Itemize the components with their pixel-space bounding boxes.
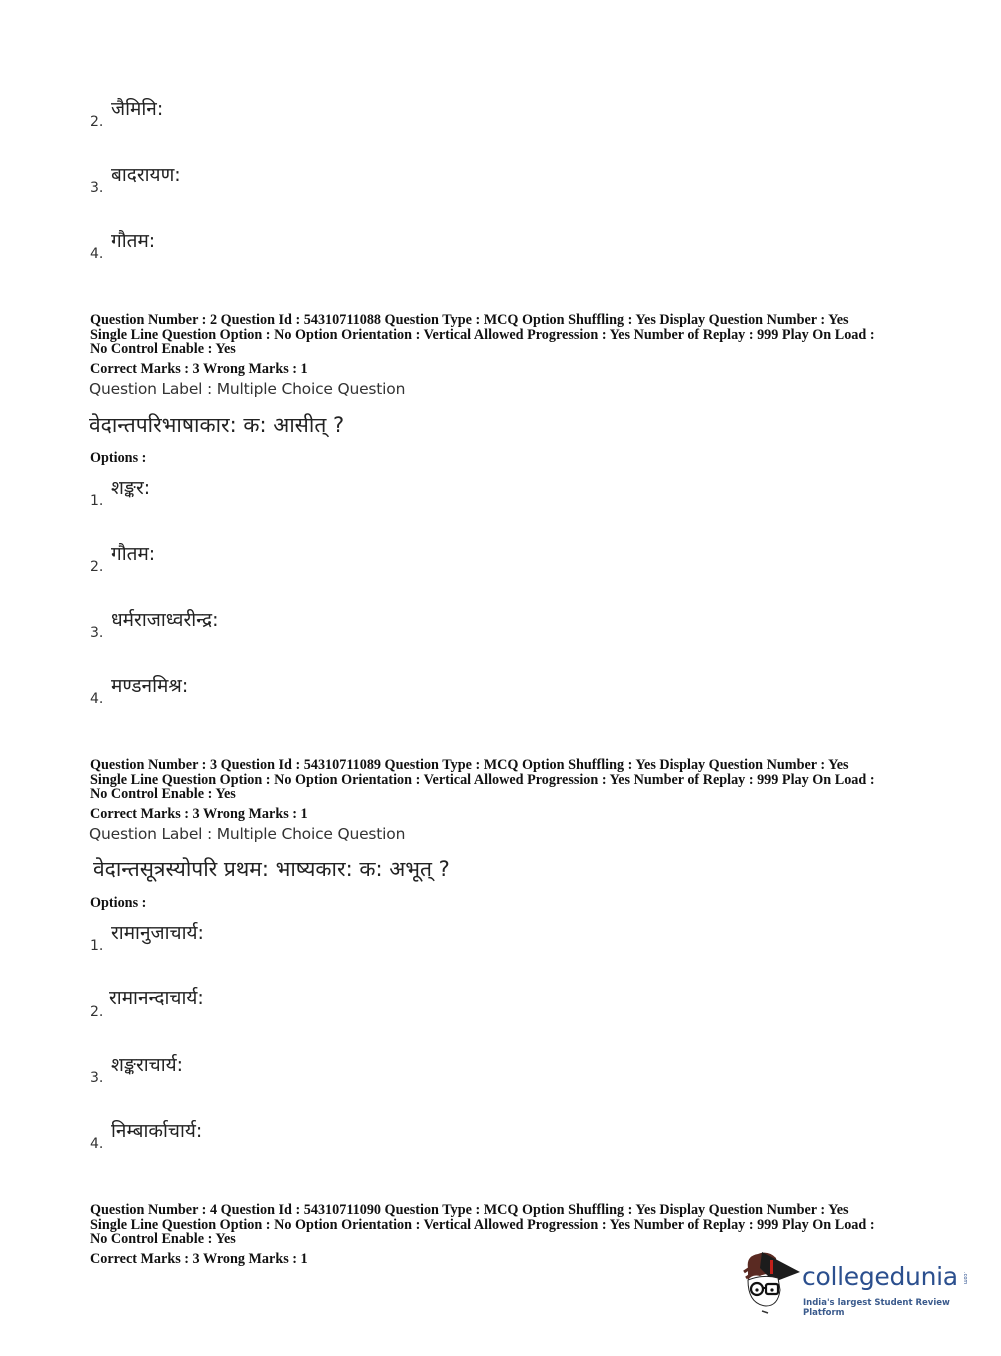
metadata-line: Single Line Question Option : No Option … [90, 773, 875, 788]
question-label: Question Label : Multiple Choice Questio… [89, 380, 405, 398]
metadata-line: Single Line Question Option : No Option … [90, 328, 875, 343]
option-text: मण्डनमिश्र: [111, 672, 188, 698]
option-text: जैमिनि: [111, 95, 163, 121]
option-number: 3. [90, 180, 103, 196]
option-number: 2. [90, 114, 103, 130]
option-text: धर्मराजाध्वरीन्द्र: [111, 606, 219, 632]
question-text: वेदान्तसूत्रस्योपरि प्रथम: भाष्यकार: क: … [93, 855, 450, 883]
option-text: बादरायण: [111, 161, 181, 187]
option-text: शङ्कर: [111, 474, 150, 500]
option-number: 2. [90, 1004, 103, 1020]
marks-info: Correct Marks : 3 Wrong Marks : 1 [90, 361, 308, 378]
brand-name: collegedunia [802, 1262, 958, 1291]
options-header: Options : [90, 450, 146, 467]
option-number: 2. [90, 559, 103, 575]
option-text: गौतम: [111, 540, 155, 566]
marks-info: Correct Marks : 3 Wrong Marks : 1 [90, 1251, 308, 1268]
metadata-line: Question Number : 4 Question Id : 543107… [90, 1203, 875, 1218]
question-metadata: Question Number : 3 Question Id : 543107… [90, 758, 875, 802]
question-metadata: Question Number : 4 Question Id : 543107… [90, 1203, 875, 1247]
metadata-line: Question Number : 3 Question Id : 543107… [90, 758, 875, 773]
brand-domain: .com [962, 1272, 968, 1284]
metadata-line: No Control Enable : Yes [90, 342, 875, 357]
option-number: 4. [90, 691, 103, 707]
option-text: रामानन्दाचार्य: [109, 984, 204, 1010]
option-number: 3. [90, 625, 103, 641]
metadata-line: No Control Enable : Yes [90, 787, 875, 802]
metadata-line: No Control Enable : Yes [90, 1232, 875, 1247]
option-text: गौतम: [111, 227, 155, 253]
option-number: 1. [90, 938, 103, 954]
metadata-line: Question Number : 2 Question Id : 543107… [90, 313, 875, 328]
question-metadata: Question Number : 2 Question Id : 543107… [90, 313, 875, 357]
option-number: 4. [90, 1136, 103, 1152]
question-text: वेदान्तपरिभाषाकार: क: आसीत् ? [89, 411, 344, 439]
metadata-line: Single Line Question Option : No Option … [90, 1218, 875, 1233]
option-text: निम्बार्काचार्य: [111, 1117, 202, 1143]
marks-info: Correct Marks : 3 Wrong Marks : 1 [90, 806, 308, 823]
question-label: Question Label : Multiple Choice Questio… [89, 825, 405, 843]
option-number: 1. [90, 493, 103, 509]
student-mascot-icon [738, 1248, 802, 1318]
collegedunia-watermark: collegedunia .com India's largest Studen… [738, 1248, 978, 1318]
option-number: 4. [90, 246, 103, 262]
option-text: रामानुजाचार्य: [111, 919, 204, 945]
options-header: Options : [90, 895, 146, 912]
option-text: शङ्कराचार्य: [111, 1051, 183, 1077]
brand-tagline: India's largest Student Review Platform [803, 1298, 978, 1318]
option-number: 3. [90, 1070, 103, 1086]
